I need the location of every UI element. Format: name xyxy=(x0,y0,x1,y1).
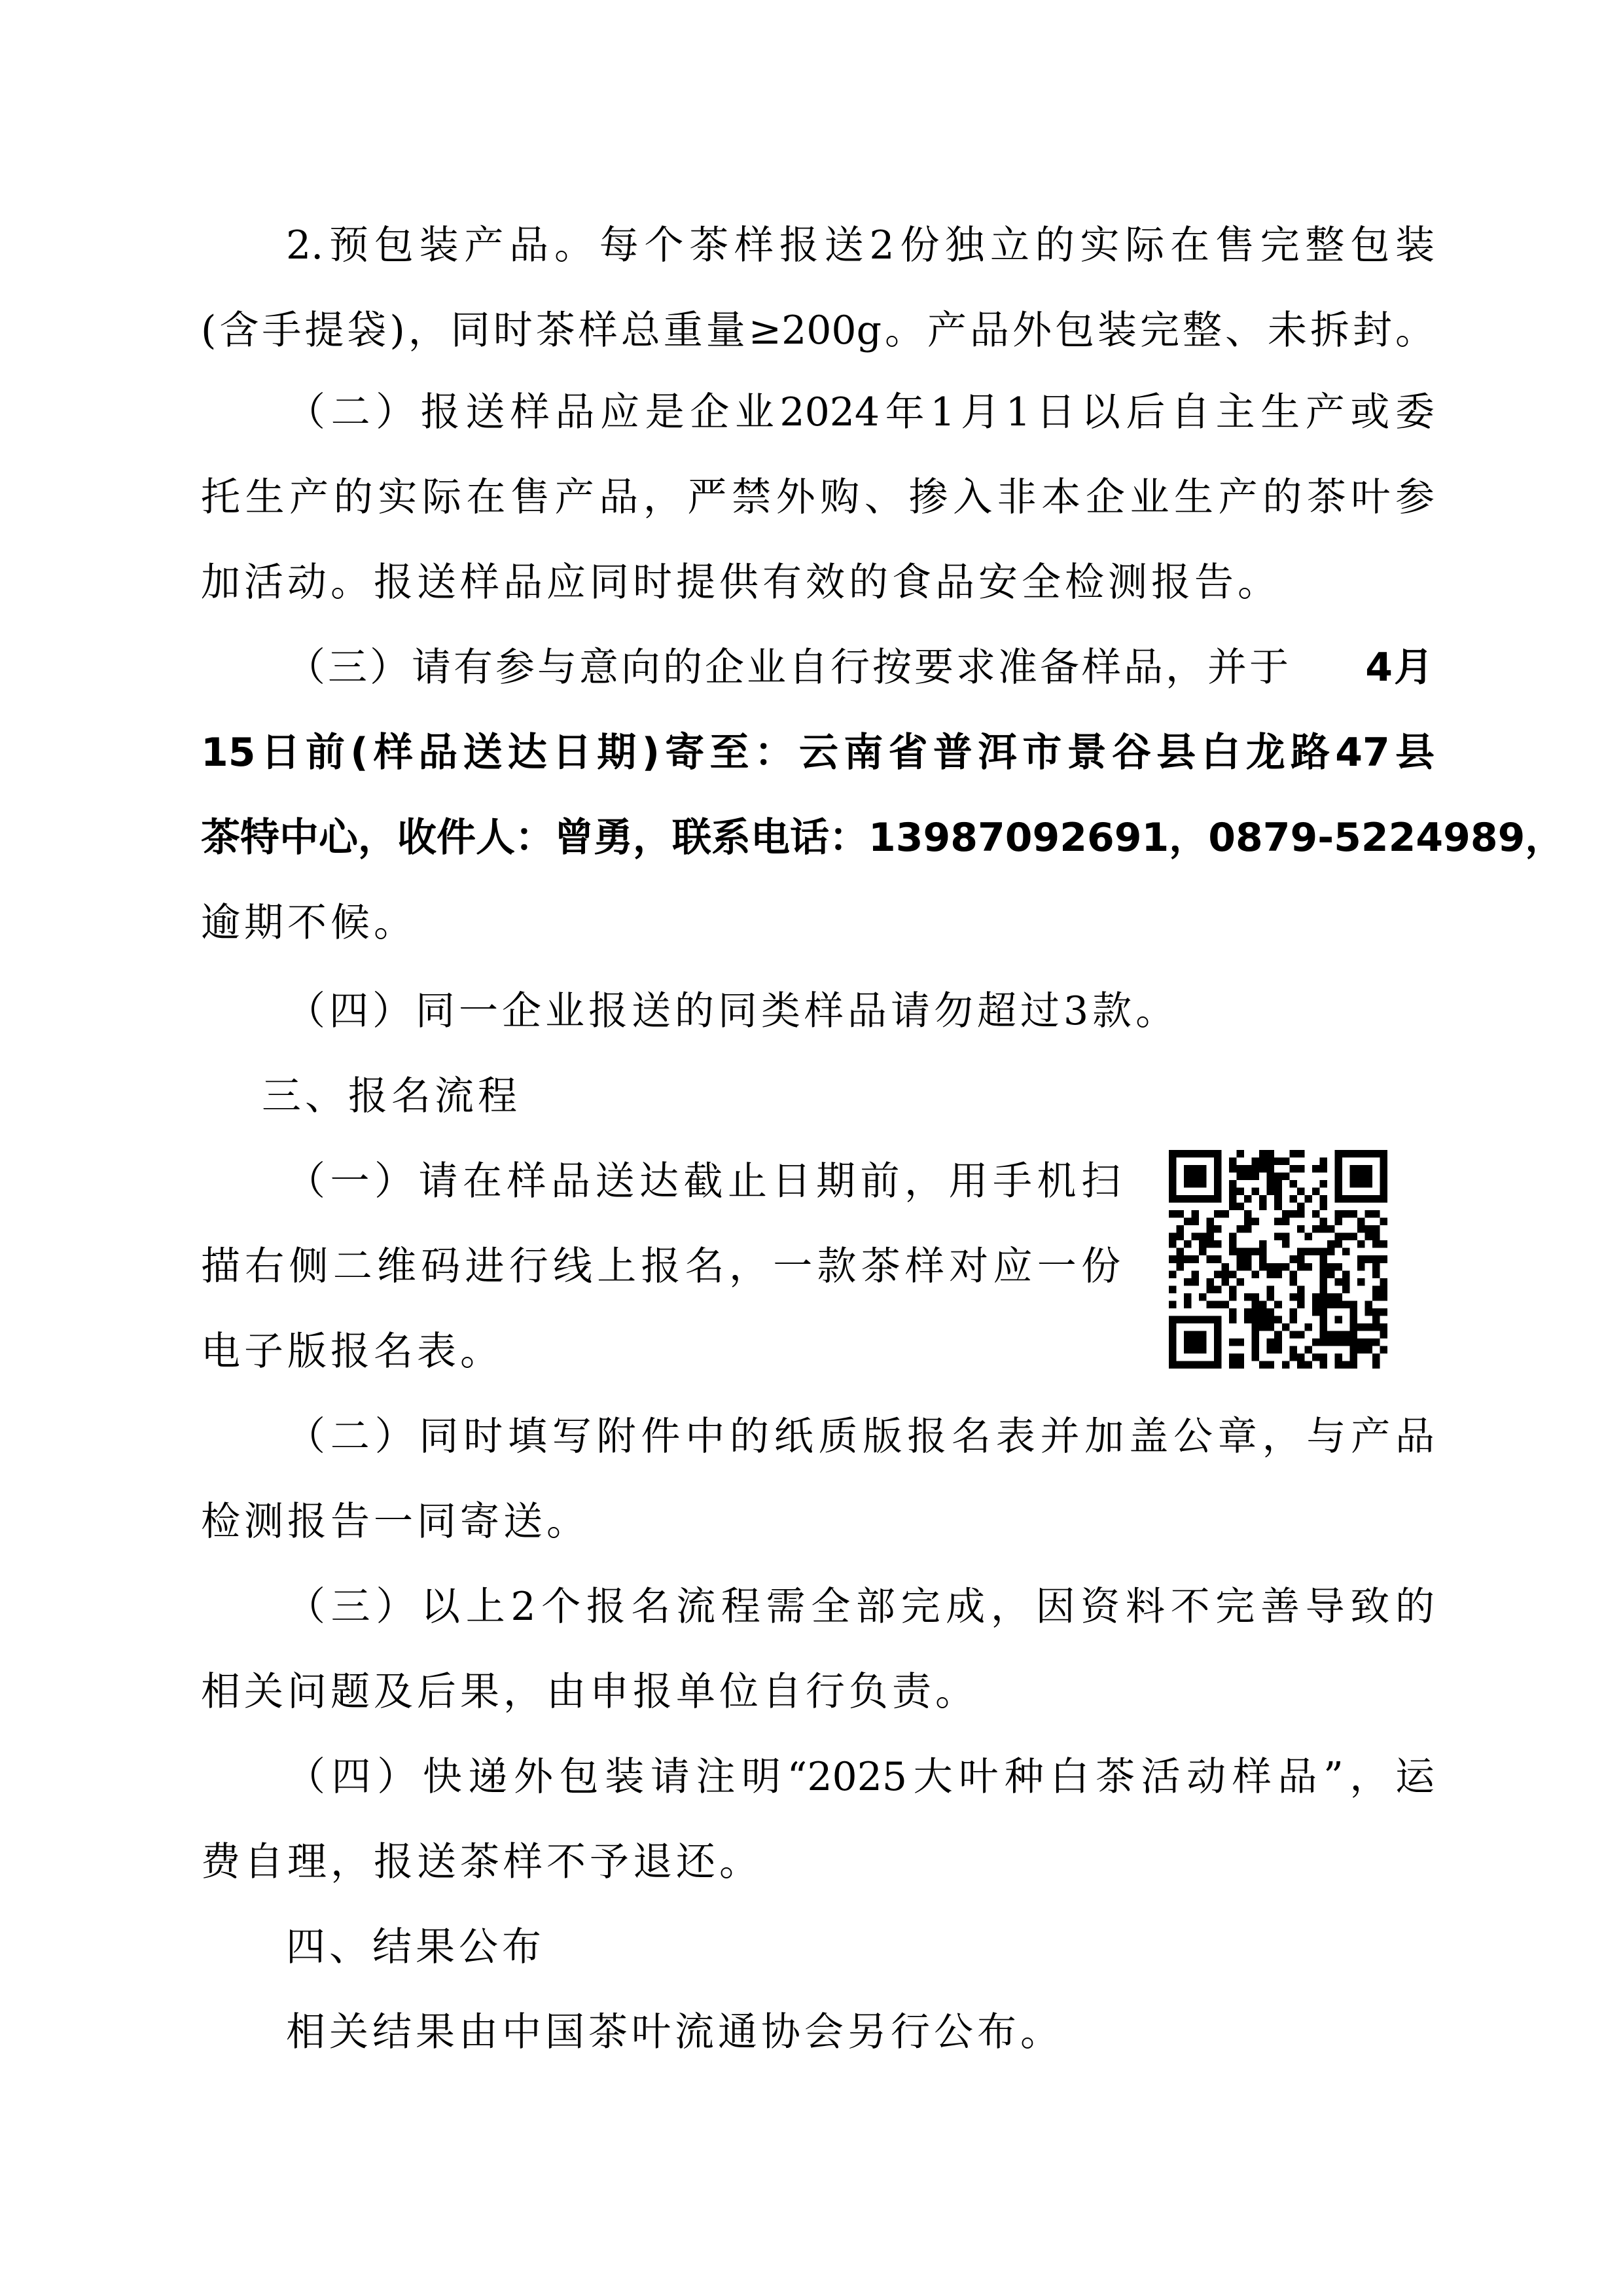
paragraph-prepackaged-line1: 2.预包装产品。每个茶样报送2份独立的实际在售完整包装 xyxy=(286,219,1435,272)
paragraph-sample-limit: （四）同一企业报送的同类样品请勿超过3款。 xyxy=(286,985,1179,1037)
paragraph-mailing-line4: 逾期不候。 xyxy=(201,897,417,949)
registration-step1-line3: 电子版报名表。 xyxy=(201,1325,503,1378)
section-heading-results: 四、结果公布 xyxy=(286,1921,545,1973)
registration-qr-code[interactable] xyxy=(1169,1150,1387,1369)
section-heading-registration: 三、报名流程 xyxy=(262,1070,521,1122)
paragraph-sample-requirement-line1: （二）报送样品应是企业2024年1月1日以后自主生产或委 xyxy=(286,386,1435,439)
paragraph-mailing-line1: （三）请有参与意向的企业自行按要求准备样品，并于 4月 xyxy=(286,641,1435,694)
paragraph-mailing-contact: 茶特中心，收件人：曾勇，联系电话：13987092691，0879-522498… xyxy=(201,812,1435,864)
mailing-deadline-month: 4月 xyxy=(1365,641,1435,694)
registration-step2-line2: 检测报告一同寄送。 xyxy=(201,1496,590,1548)
registration-step2-line1: （二）同时填写附件中的纸质版报名表并加盖公章，与产品 xyxy=(286,1410,1435,1463)
paragraph-mailing-address: 15日前(样品送达日期)寄至：云南省普洱市景谷县白龙路47县 xyxy=(201,726,1435,779)
qr-code-icon xyxy=(1169,1150,1387,1369)
registration-step1-line1: （一）请在样品送达截止日期前，用手机扫 xyxy=(286,1155,1120,1208)
paragraph-sample-requirement-line2: 托生产的实际在售产品，严禁外购、掺入非本企业生产的茶叶参 xyxy=(201,471,1435,524)
paragraph-sample-requirement-line3: 加活动。报送样品应同时提供有效的食品安全检测报告。 xyxy=(201,556,1281,609)
registration-step3-line2: 相关问题及后果，由申报单位自行负责。 xyxy=(201,1666,978,1718)
mailing-intro-text: （三）请有参与意向的企业自行按要求准备样品，并于 xyxy=(286,641,1291,694)
registration-step4-line1: （四）快递外包装请注明“2025大叶种白茶活动样品”，运 xyxy=(286,1751,1435,1803)
results-announcement: 相关结果由中国茶叶流通协会另行公布。 xyxy=(286,2006,1063,2058)
registration-step3-line1: （三）以上2个报名流程需全部完成，因资料不完善导致的 xyxy=(286,1581,1435,1633)
registration-step4-line2: 费自理，报送茶样不予退还。 xyxy=(201,1836,762,1888)
document-page: 2.预包装产品。每个茶样报送2份独立的实际在售完整包装 (含手提袋)，同时茶样总… xyxy=(0,0,1623,2296)
registration-step1-line2: 描右侧二维码进行线上报名，一款茶样对应一份 xyxy=(201,1240,1120,1293)
paragraph-prepackaged-line2: (含手提袋)，同时茶样总重量≥200g。产品外包装完整、未拆封。 xyxy=(201,304,1435,357)
